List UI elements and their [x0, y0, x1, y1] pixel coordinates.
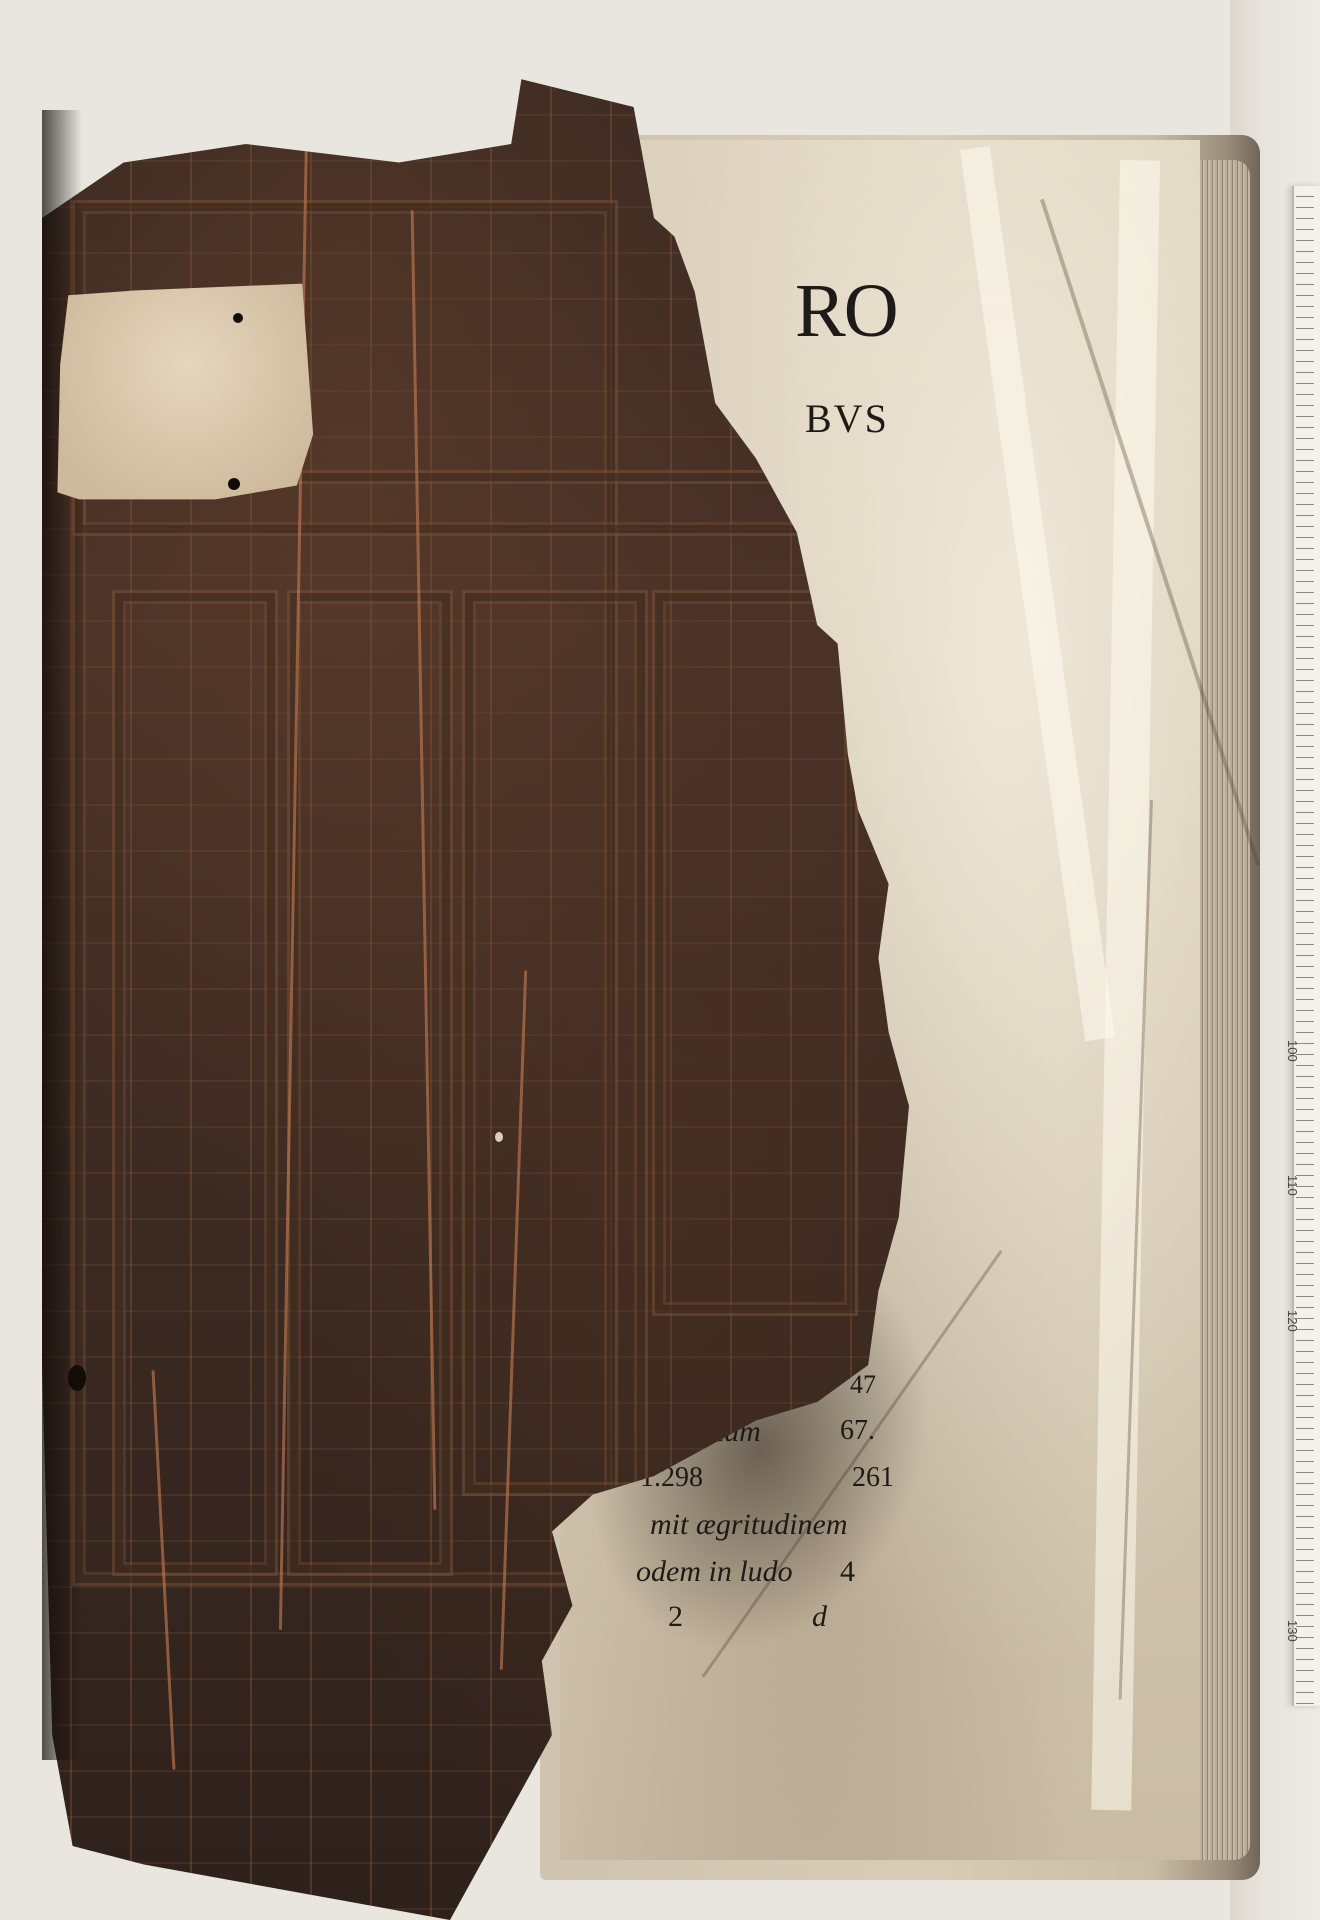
index-page-number: d [812, 1600, 827, 1634]
tooled-panel [652, 590, 858, 1316]
index-entry: odem in ludo [636, 1555, 793, 1589]
measuring-ruler [1292, 186, 1320, 1706]
title-text-large: RO [795, 268, 897, 355]
nail-hole [233, 313, 243, 323]
index-page-number: 67. [840, 1415, 875, 1447]
index-page-number: 261 [852, 1462, 894, 1494]
tooled-panel [112, 590, 278, 1576]
paper-label [52, 272, 324, 504]
index-page-number: 4 [840, 1555, 855, 1589]
ruler-label: 120 [1285, 1310, 1300, 1332]
tooled-panel [462, 590, 648, 1496]
wormhole [495, 1132, 503, 1142]
ruler-label: 100 [1285, 1040, 1300, 1062]
index-entry: mit ægritudinem [650, 1508, 848, 1542]
title-text-small: BVS [805, 395, 889, 442]
wormhole [68, 1365, 86, 1391]
ruler-label: 130 [1285, 1620, 1300, 1642]
ruler-label: 110 [1285, 1175, 1300, 1196]
index-entry: 2 [668, 1600, 683, 1634]
nail-hole [228, 478, 240, 490]
